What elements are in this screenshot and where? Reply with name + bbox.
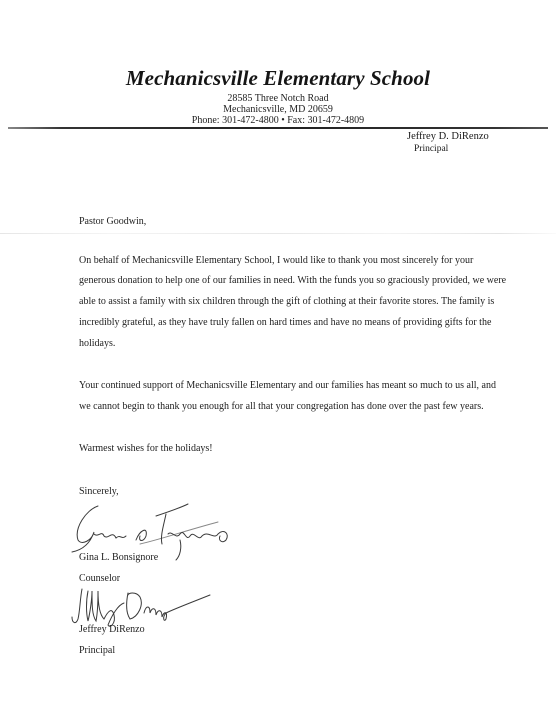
signer-1-title: Counselor	[79, 573, 120, 584]
paragraph-line: generous donation to help one of our fam…	[79, 275, 506, 286]
scan-artifact-line	[0, 233, 556, 234]
signer-1-name: Gina L. Bonsignore	[79, 552, 158, 563]
paragraph-line: holidays.	[79, 338, 115, 349]
principal-name: Jeffrey D. DiRenzo	[407, 131, 489, 142]
paragraph-line: able to assist a family with six childre…	[79, 296, 494, 307]
principal-title: Principal	[414, 144, 448, 154]
signer-2-name: Jeffrey DiRenzo	[79, 624, 145, 635]
paragraph-line: incredibly grateful, as they have truly …	[79, 317, 491, 328]
contact-line: Phone: 301-472-4800 • Fax: 301-472-4809	[0, 115, 556, 126]
school-name: Mechanicsville Elementary School	[0, 66, 556, 91]
paragraph-line: we cannot begin to thank you enough for …	[79, 401, 484, 412]
signer-2-title: Principal	[79, 645, 115, 656]
salutation: Pastor Goodwin,	[79, 216, 146, 227]
paragraph-line: On behalf of Mechanicsville Elementary S…	[79, 255, 473, 266]
closing-wish: Warmest wishes for the holidays!	[79, 443, 213, 454]
closing: Sincerely,	[79, 486, 119, 497]
header-rule	[8, 127, 548, 129]
address-line-1: 28585 Three Notch Road	[0, 93, 556, 104]
paragraph-line: Your continued support of Mechanicsville…	[79, 380, 496, 391]
address-line-2: Mechanicsville, MD 20659	[0, 104, 556, 115]
